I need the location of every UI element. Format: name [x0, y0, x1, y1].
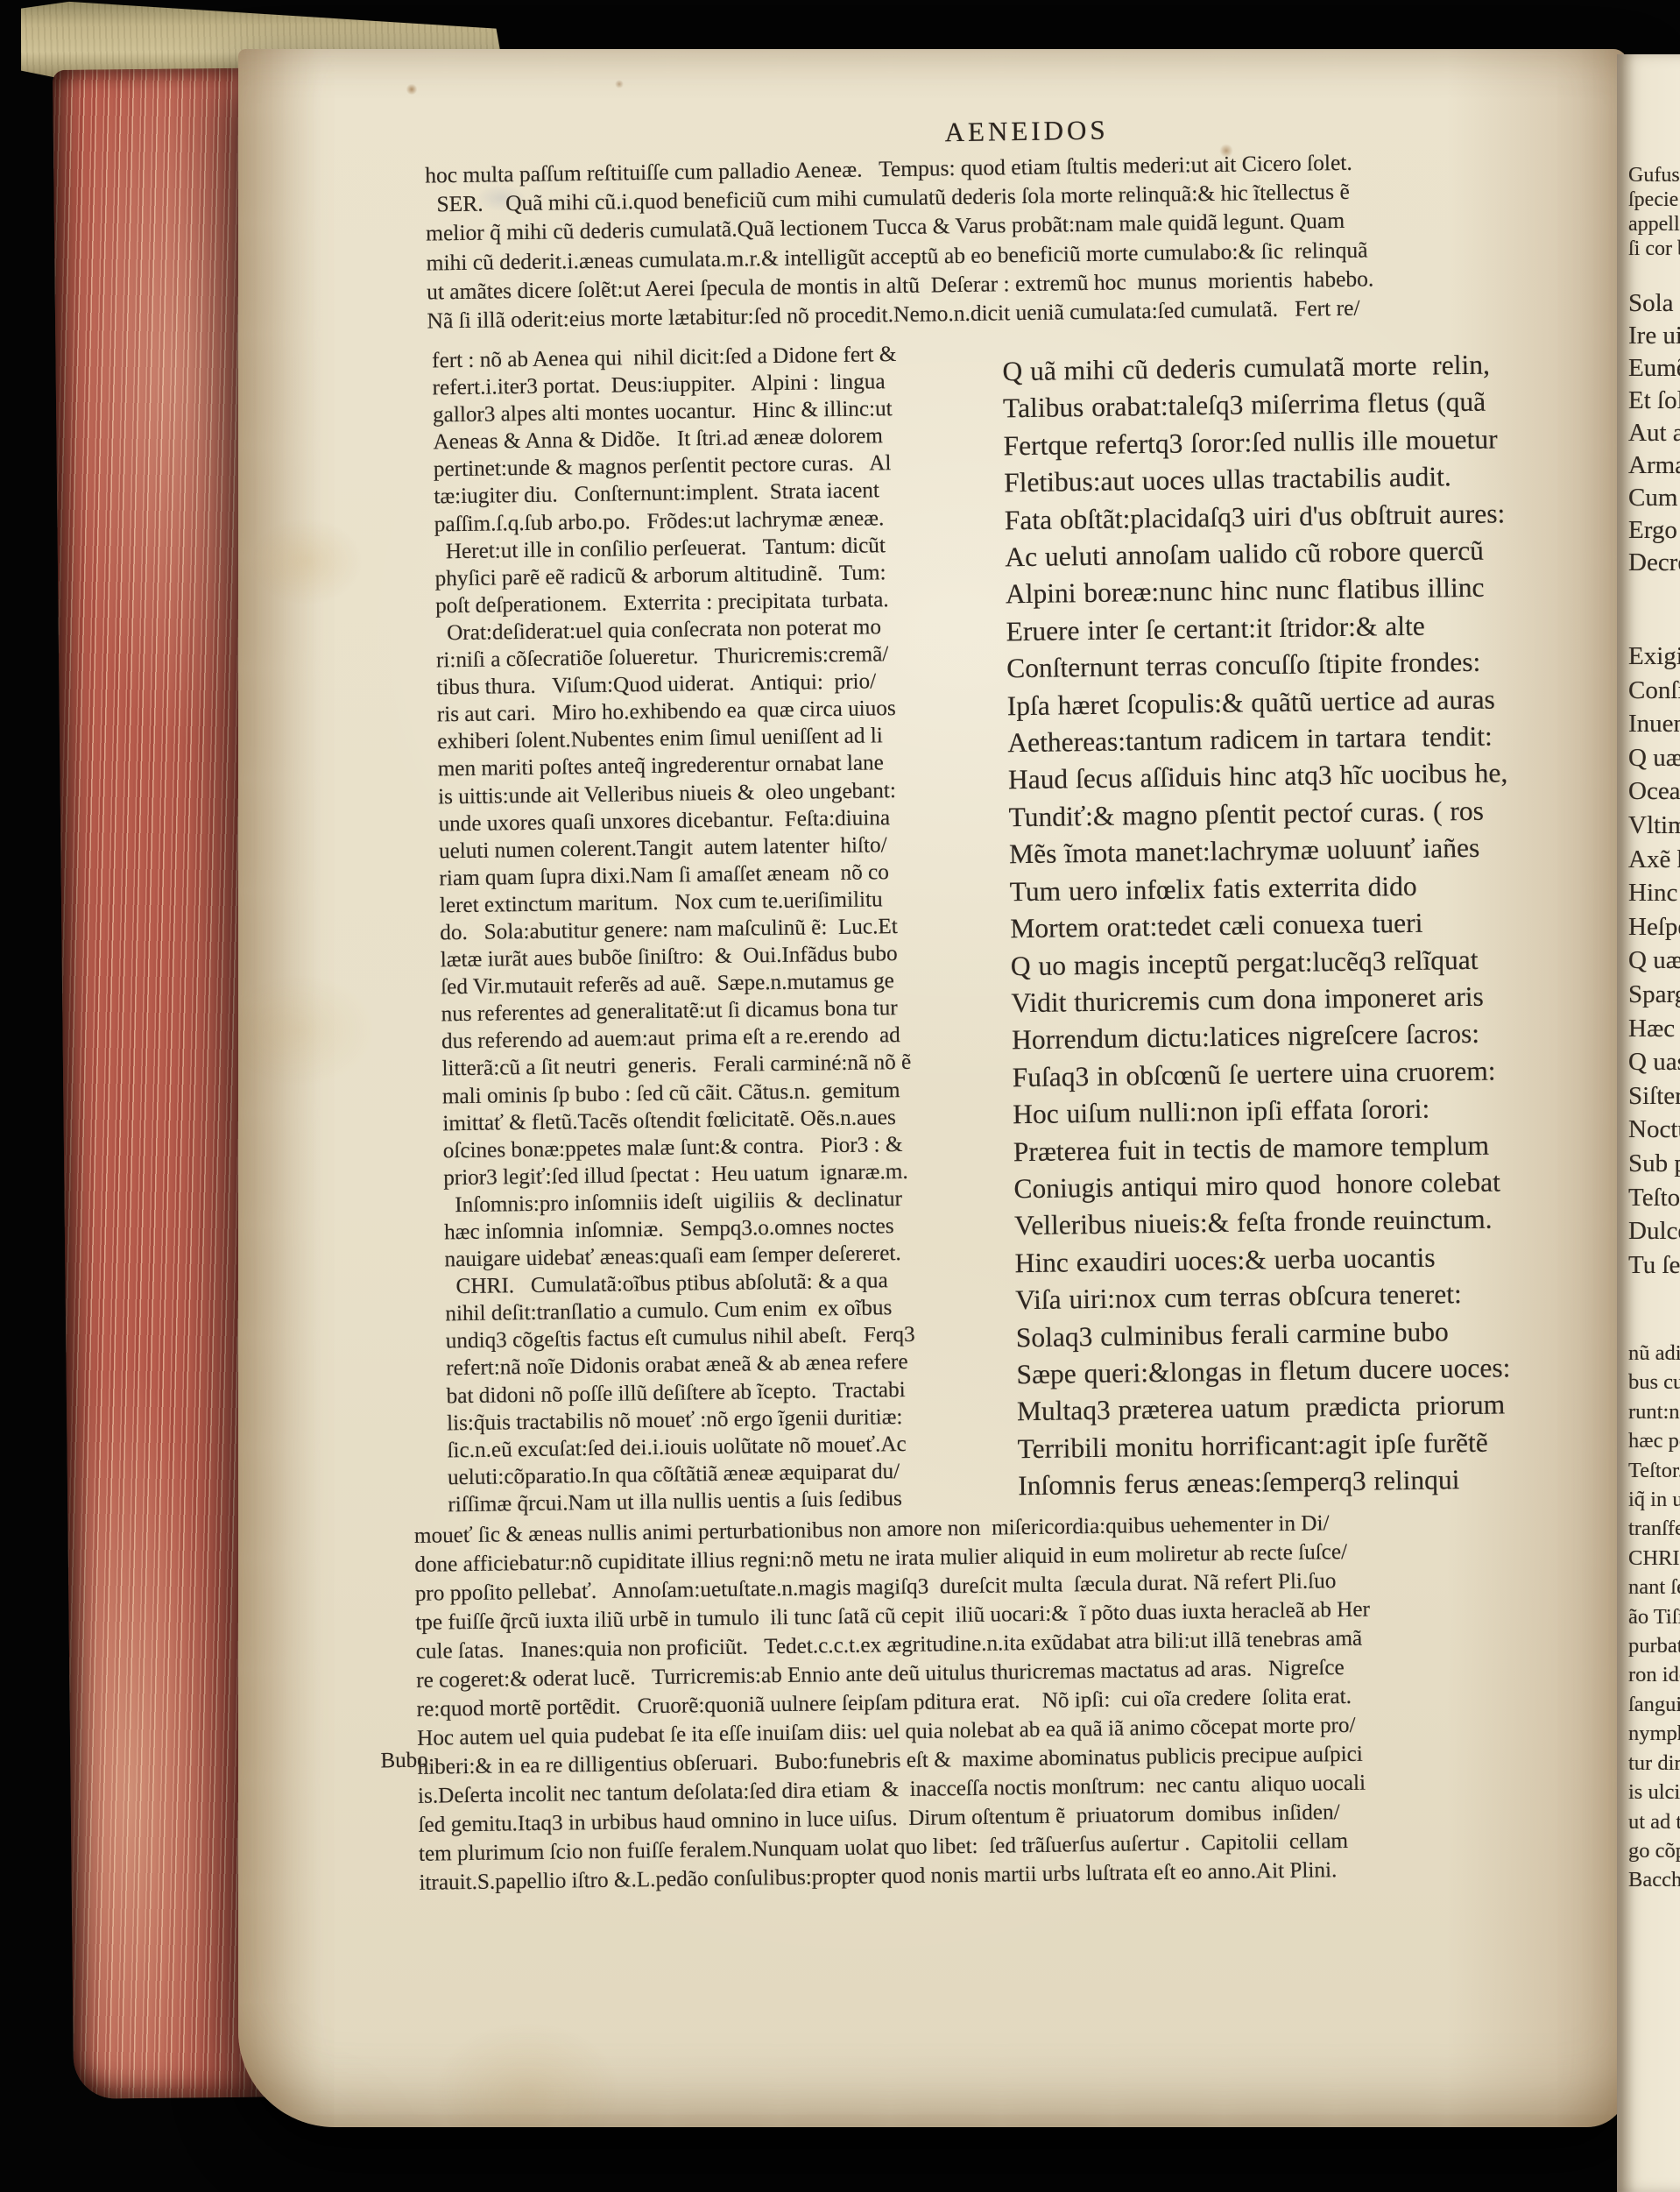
- sliver-line: is ulciſcun: [1628, 1778, 1680, 1807]
- sliver-line: Axẽ hu: [1628, 843, 1680, 877]
- sliver-line: ron ideſt: [1628, 1660, 1680, 1689]
- sliver-line: Teſtor.c: [1628, 1456, 1680, 1485]
- sliver-line: Teſtor c: [1628, 1181, 1680, 1215]
- sliver-line: CHRI.: [1628, 1544, 1680, 1573]
- sliver-poem-lower: Exigit:&ConſiliũInueni gQ uæ rOceaniVlti…: [1628, 640, 1680, 1282]
- sliver-line: Q uæ r: [1628, 741, 1680, 775]
- page-content: AENEIDOS hoc multa paſſum reſtituiſſe cu…: [223, 34, 1641, 2132]
- sliver-line: Gufus: [1628, 163, 1680, 187]
- sliver-line: Heſper: [1628, 910, 1680, 944]
- sliver-line: nant ſem: [1628, 1573, 1680, 1602]
- sliver-line: Bacchũ d: [1628, 1865, 1680, 1894]
- sliver-line: Decreu: [1628, 547, 1680, 579]
- sliver-line: Inueni g: [1628, 707, 1680, 741]
- sliver-line: Ergo ul: [1628, 514, 1680, 547]
- book-page: AENEIDOS hoc multa paſſum reſtituiſſe cu…: [238, 49, 1627, 2127]
- sliver-line: Hæc ſe: [1628, 1012, 1680, 1046]
- sliver-line: Armat: [1628, 449, 1680, 482]
- sliver-line: Q uæ: [1628, 944, 1680, 978]
- sliver-line: Sola ſi: [1628, 287, 1680, 320]
- sliver-line: tur diræ:: [1628, 1749, 1680, 1778]
- sliver-poem-upper: Sola ſiIre uiaEumẽiEt ſolẽAut agArmatCum…: [1628, 287, 1680, 579]
- sliver-line: appella: [1628, 212, 1680, 237]
- sliver-line: Sub pec: [1628, 1147, 1680, 1181]
- sliver-line: ſanguinẽ: [1628, 1690, 1680, 1719]
- sliver-line: Tu ſecre: [1628, 1248, 1680, 1283]
- margin-note-bubo: Bubo: [380, 1749, 428, 1774]
- sliver-line: Oceani: [1628, 774, 1680, 809]
- next-page-sliver: Gufusſpecie ſappellaſi cor b Sola ſiIre …: [1617, 54, 1680, 2192]
- sliver-line: Et ſolẽ: [1628, 385, 1680, 417]
- poem-text-block: Q uã mihi cũ dederis cumulatã morte reli…: [1002, 345, 1631, 1505]
- sliver-line: Eumẽi: [1628, 352, 1680, 385]
- sliver-line: bus curas: [1628, 1368, 1680, 1397]
- sliver-line: Siſtere a: [1628, 1079, 1680, 1114]
- sliver-line: Dulce c: [1628, 1214, 1680, 1248]
- sliver-line: Conſiliũ: [1628, 674, 1680, 708]
- sliver-line: nymphas: [1628, 1719, 1680, 1748]
- sliver-line: ſpecie ſ: [1628, 187, 1680, 212]
- sliver-line: ão Tiſiph: [1628, 1602, 1680, 1631]
- sliver-line: Vltimu: [1628, 809, 1680, 843]
- sliver-line: tranſferre: [1628, 1514, 1680, 1543]
- sliver-line: purbatio: [1628, 1631, 1680, 1660]
- sliver-commentary-bottom: nũ adimbus curasrunt:nechæc poterTeſtor.…: [1628, 1339, 1680, 1895]
- sliver-line: Exigit:&: [1628, 640, 1680, 674]
- sliver-line: Cum fu: [1628, 482, 1680, 514]
- sliver-line: Aut ag: [1628, 417, 1680, 449]
- sliver-line: Spargẽ: [1628, 978, 1680, 1012]
- photo-background: AENEIDOS hoc multa paſſum reſtituiſſe cu…: [0, 0, 1680, 2192]
- commentary-left-column: fert : nõ ab Aenea qui nihil dicit:ſed a…: [432, 339, 1034, 1518]
- poem-line: Inſomnis ferus æneas:ſemperq3 relinqui: [1018, 1460, 1632, 1505]
- sliver-line: Q uas: [1628, 1045, 1680, 1079]
- sliver-line: hæc poter: [1628, 1426, 1680, 1455]
- commentary-top-block: hoc multa paſſum reſtituiſſe cum palladi…: [425, 145, 1619, 336]
- sliver-line: nũ adim: [1628, 1339, 1680, 1368]
- sliver-line: runt:nec: [1628, 1397, 1680, 1426]
- sliver-line: Noctur: [1628, 1113, 1680, 1147]
- sliver-line: iq̃ in ulti: [1628, 1485, 1680, 1514]
- sliver-commentary-top: Gufusſpecie ſappellaſi cor b: [1628, 163, 1680, 261]
- running-title: AENEIDOS: [944, 115, 1108, 149]
- sliver-line: ſi cor b: [1628, 237, 1680, 261]
- sliver-line: ut ad tex: [1628, 1807, 1680, 1836]
- sliver-line: Ire uia: [1628, 320, 1680, 352]
- commentary-bottom-block: moueť ſic & æneas nullis animi perturbat…: [414, 1504, 1646, 1898]
- sliver-line: go cõpat: [1628, 1836, 1680, 1865]
- sliver-line: Hinc m: [1628, 876, 1680, 910]
